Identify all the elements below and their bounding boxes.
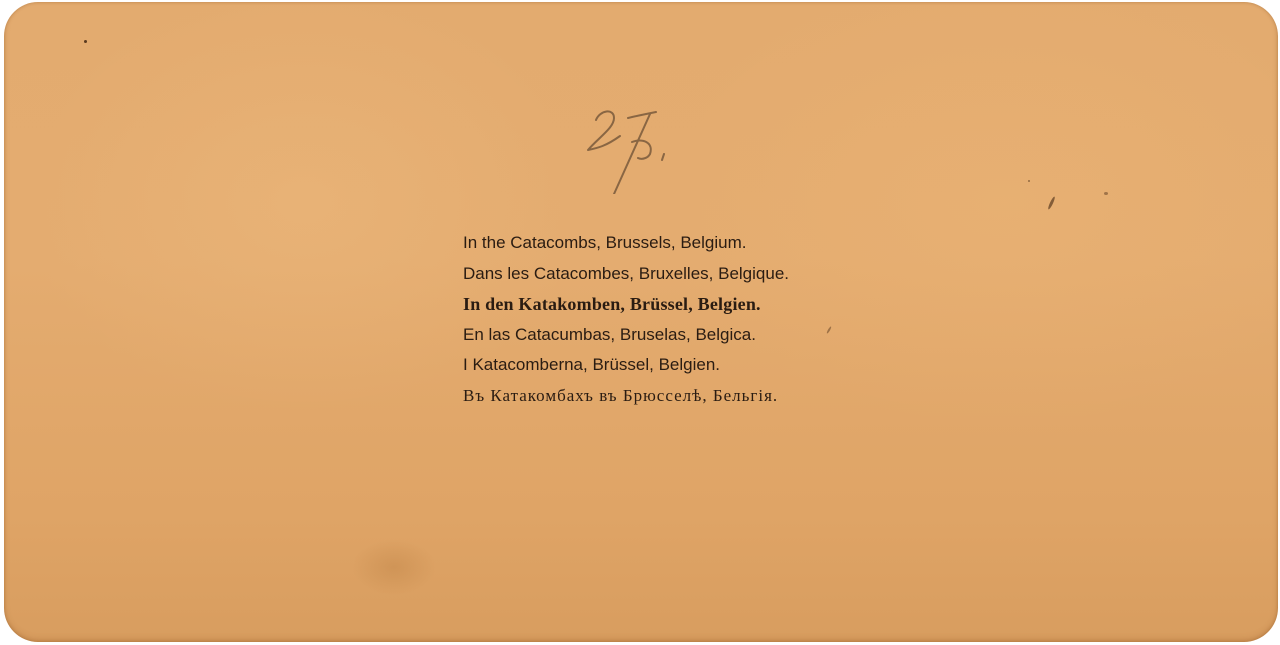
stain-speck	[84, 40, 87, 43]
caption-spanish: En las Catacumbas, Bruselas, Belgica.	[463, 320, 789, 351]
caption-german: In den Katakomben, Brüssel, Belgien.	[463, 289, 789, 320]
stereoview-card: 27. In the Catacombs, Brussels, Belgium.…	[4, 2, 1278, 642]
handwritten-number-text: 27.	[584, 98, 586, 99]
caption-english: In the Catacombs, Brussels, Belgium.	[463, 228, 789, 259]
caption-russian: Въ Катакомбахъ въ Брюсселѣ, Бельгія.	[463, 381, 789, 412]
handwritten-number: 27.	[584, 98, 684, 194]
stain-speck	[1047, 196, 1056, 210]
caption-block: In the Catacombs, Brussels, Belgium. Dan…	[463, 228, 789, 411]
caption-french: Dans les Catacombes, Bruxelles, Belgique…	[463, 259, 789, 290]
stain-speck	[1028, 180, 1030, 182]
stain-speck	[1104, 192, 1108, 195]
caption-swedish: I Katacomberna, Brüssel, Belgien.	[463, 350, 789, 381]
stain-speck	[826, 326, 832, 334]
